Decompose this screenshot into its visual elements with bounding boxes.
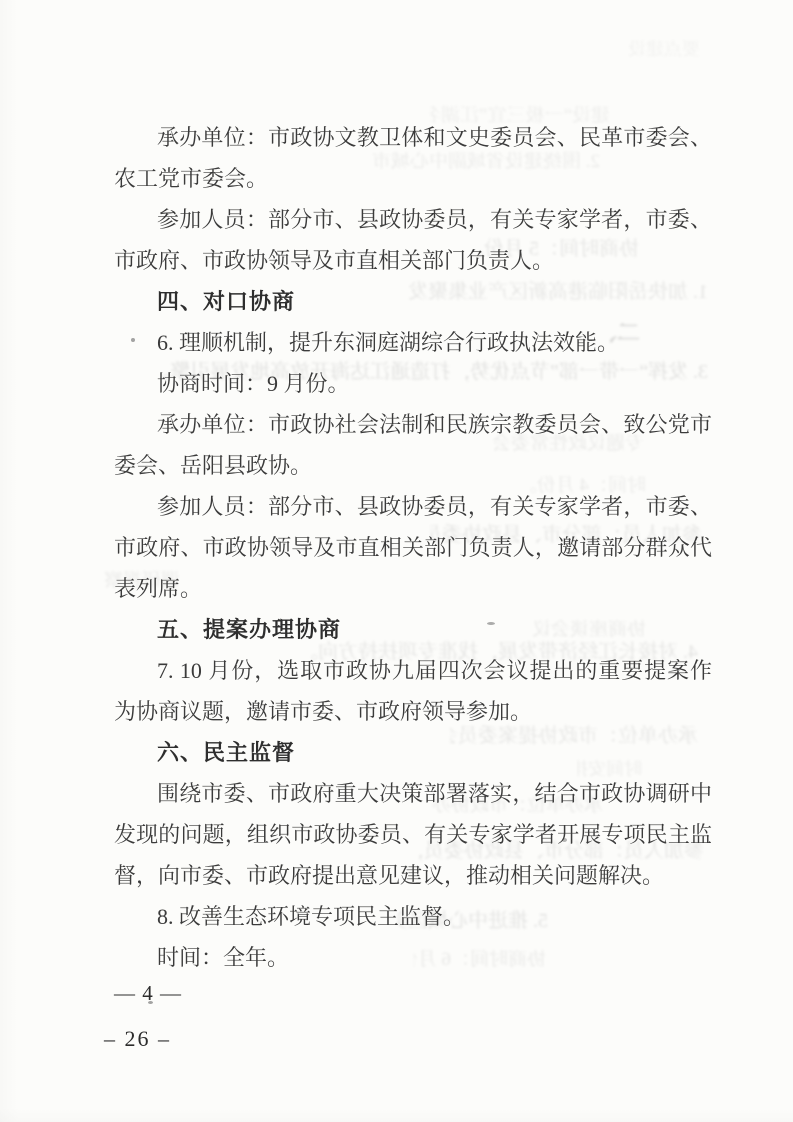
page-number-outer: – 26 – xyxy=(104,1026,171,1052)
document-line: 参加人员：部分市、县政协委员，有关专家学者，市委、 xyxy=(114,486,712,527)
document-line: 农工党市委会。 xyxy=(114,158,712,199)
document-line: 8. 改善生态环境专项民主监督。 xyxy=(114,896,712,937)
document-line: 参加人员：部分市、县政协委员，有关专家学者，市委、 xyxy=(114,199,712,240)
section-heading-proposal-handling: 五、提案办理协商 xyxy=(114,609,712,650)
document-line: 承办单位：市政协文教卫体和文史委员会、民革市委会、 xyxy=(114,117,712,158)
document-line: 市政府、市政协领导及市直相关部门负责人，邀请部分群众代 xyxy=(114,527,712,568)
section-heading-democratic-supervision: 六、民主监督 xyxy=(114,732,712,773)
document-body: 承办单位：市政协文教卫体和文史委员会、民革市委会、 农工党市委会。 参加人员：部… xyxy=(114,117,712,978)
document-line: 承办单位：市政协社会法制和民族宗教委员会、致公党市 xyxy=(114,404,712,445)
document-line: 委会、岳阳县政协。 xyxy=(114,445,712,486)
scanned-document-page: 要点建设建设“一极三宜”江湖名城2. 围绕建设省域副中心城市协商时间：5 月份。… xyxy=(0,0,793,1122)
document-line: 6. 理顺机制，提升东洞庭湖综合行政执法效能。 xyxy=(114,322,712,363)
document-line: 表列席。 xyxy=(114,568,712,609)
document-line: 市政府、市政协领导及市直相关部门负责人。 xyxy=(114,240,712,281)
section-heading-counterpart-consultation: 四、对口协商 xyxy=(114,281,712,322)
bleed-through-text: 要点建设 xyxy=(560,40,700,60)
document-line: 督，向市委、市政府提出意见建议，推动相关问题解决。 xyxy=(114,855,712,896)
document-line: 围绕市委、市政府重大决策部署落实，结合市政协调研中 xyxy=(114,773,712,814)
document-line: 7. 10 月份，选取市政协九届四次会议提出的重要提案作 xyxy=(114,650,712,691)
page-number-inner: — 4 — xyxy=(114,981,182,1006)
document-line: 为协商议题，邀请市委、市政府领导参加。 xyxy=(114,691,712,732)
document-line: 发现的问题，组织市政协委员、有关专家学者开展专项民主监 xyxy=(114,814,712,855)
document-line: 协商时间：9 月份。 xyxy=(114,363,712,404)
document-line: 时间：全年。 xyxy=(114,937,712,978)
